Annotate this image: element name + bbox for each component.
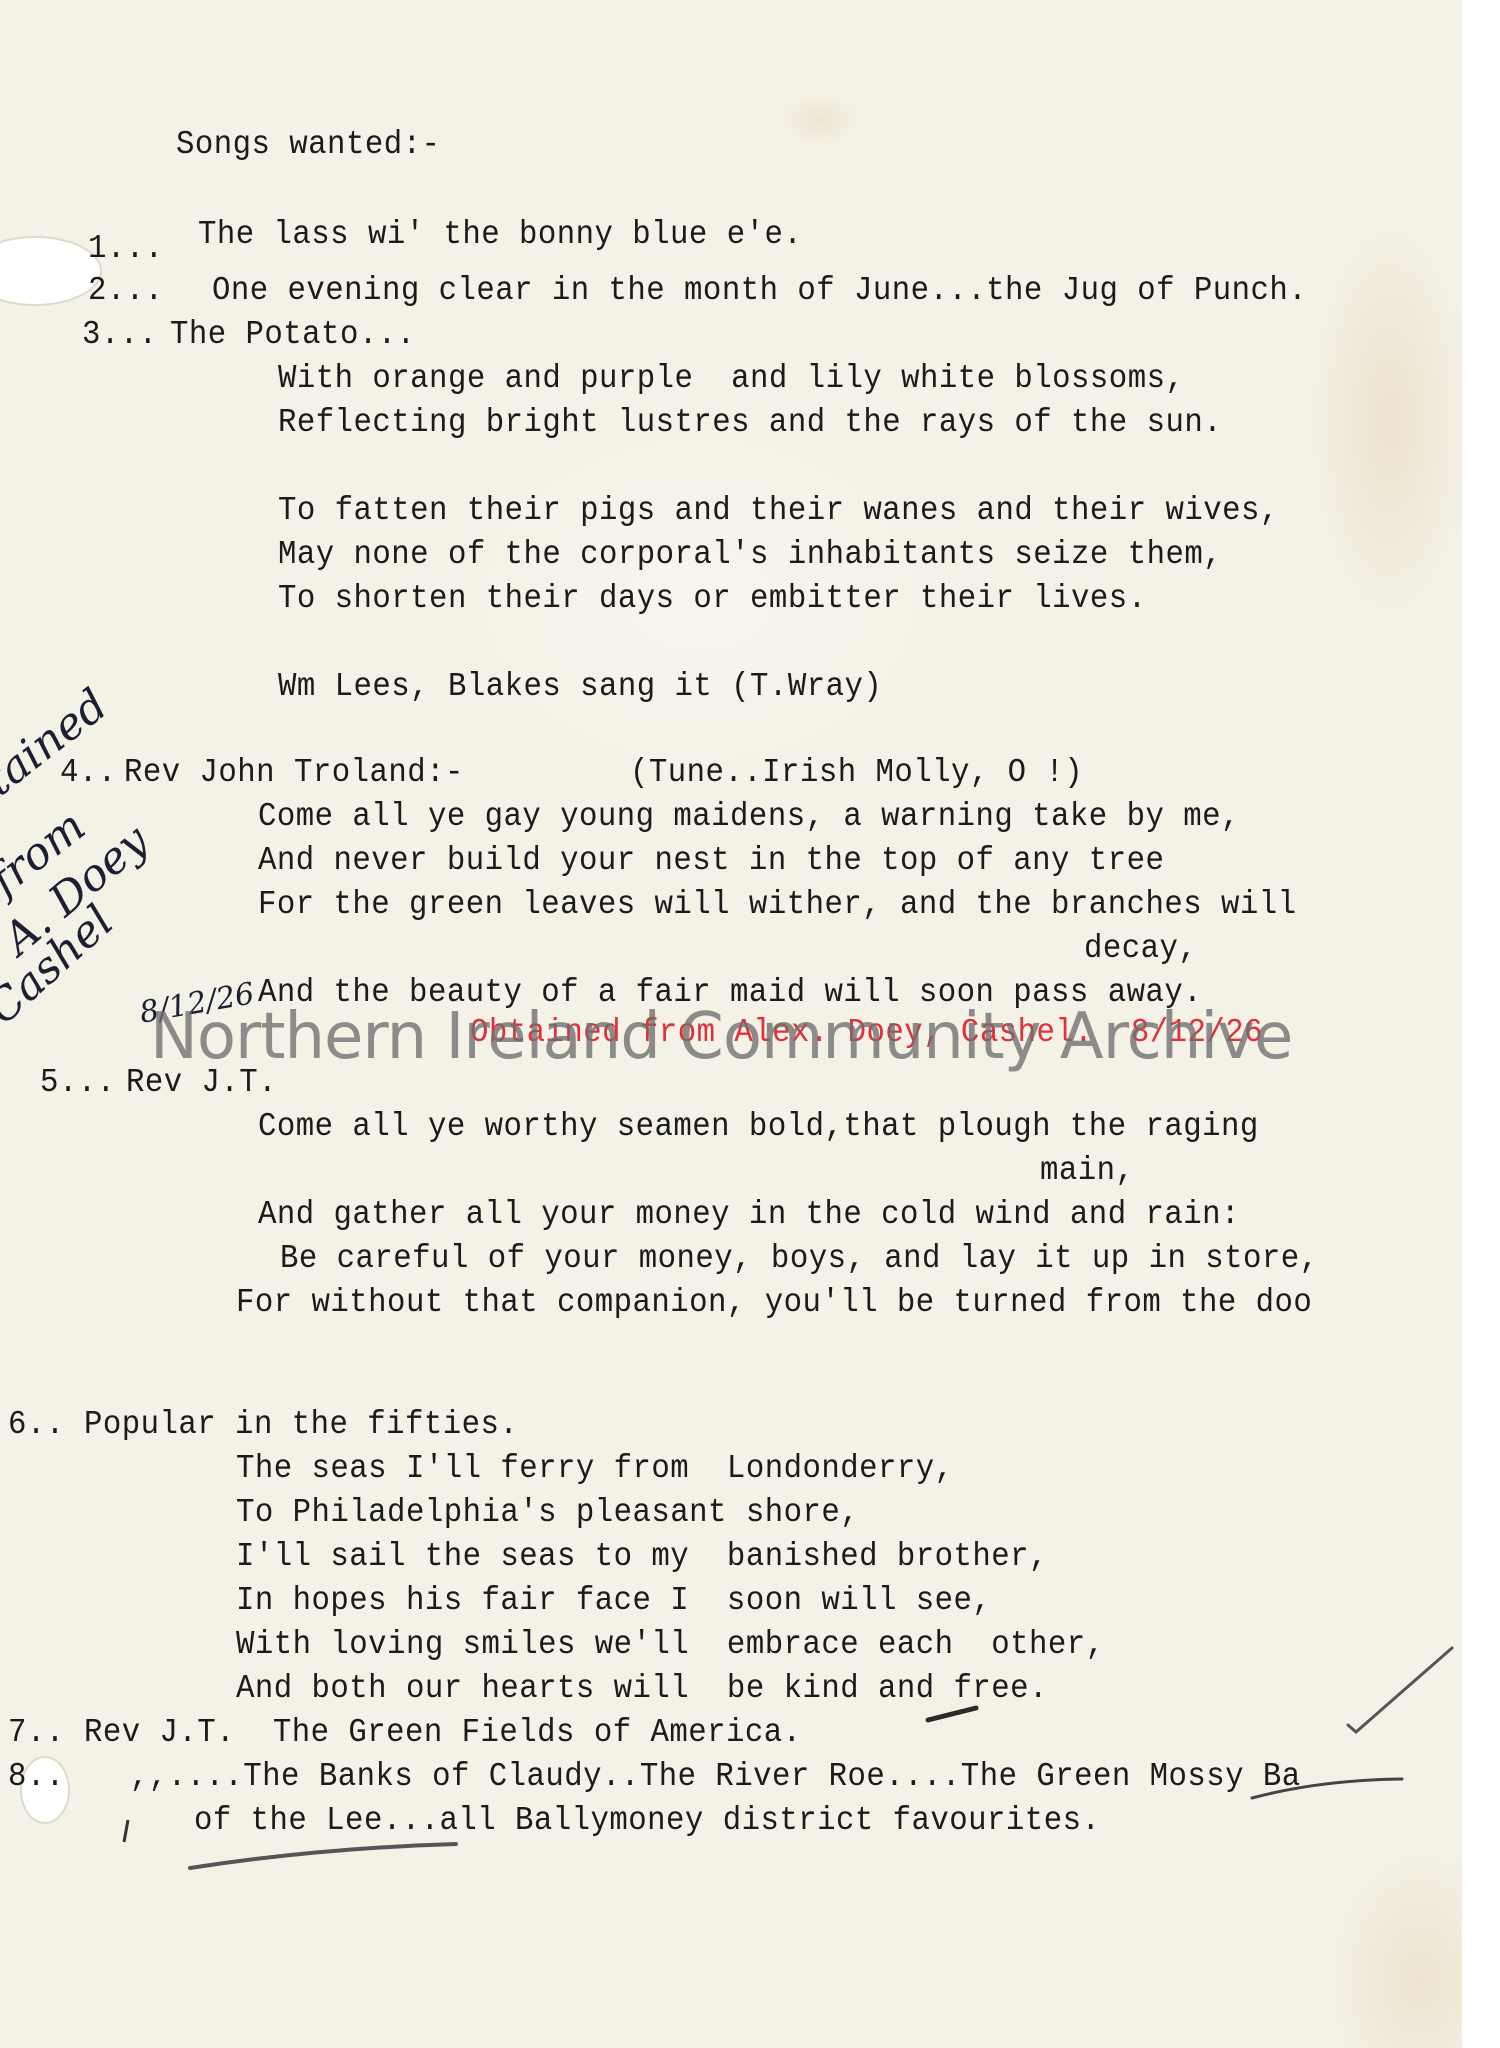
item-1-number: 1... — [88, 232, 164, 265]
item-5-lyric-line: And gather all your money in the cold wi… — [258, 1198, 1240, 1231]
item-5-number: 5... — [40, 1066, 116, 1099]
item-3-verse-line: With orange and purple and lily white bl… — [278, 362, 1184, 395]
item-6-lyric-line: With loving smiles we'll embrace each ot… — [236, 1628, 1105, 1661]
item-4-title: Rev John Troland:- — [124, 756, 464, 789]
item-7-number: 7.. — [8, 1716, 65, 1749]
item-6-title: Popular in the fifties. — [84, 1408, 518, 1441]
item-2-number: 2... — [88, 274, 164, 307]
item-1-text: The lass wi' the bonny blue e'e. — [198, 218, 802, 251]
item-4-lyric-line: And never build your nest in the top of … — [258, 844, 1164, 877]
item-4-lyric-line: decay, — [1084, 932, 1197, 965]
item-3-title: The Potato... — [170, 318, 415, 351]
item-5-lyric-line: Be careful of your money, boys, and lay … — [280, 1242, 1319, 1275]
item-6-lyric-line: To Philadelphia's pleasant shore, — [236, 1496, 859, 1529]
item-6-lyric-line: In hopes his fair face I soon will see, — [236, 1584, 991, 1617]
document-page: Songs wanted:- 1... The lass wi' the bon… — [0, 0, 1462, 2048]
heading: Songs wanted:- — [176, 128, 440, 161]
item-3-verse-line: To shorten their days or embitter their … — [278, 582, 1147, 615]
item-3-verse-line: May none of the corporal's inhabitants s… — [278, 538, 1222, 571]
item-4-number: 4.. — [60, 756, 117, 789]
item-2-text: One evening clear in the month of June..… — [212, 274, 1307, 307]
item-6-lyric-line: And both our hearts will be kind and fre… — [236, 1672, 1048, 1705]
item-4-lyric-line: Come all ye gay young maidens, a warning… — [258, 800, 1240, 833]
item-4-lyric-line: For the green leaves will wither, and th… — [258, 888, 1297, 921]
archive-watermark: Northern Ireland Community Archive — [150, 1000, 1292, 1074]
item-3-number: 3... — [82, 318, 158, 351]
item-3-verse-line: To fatten their pigs and their wanes and… — [278, 494, 1279, 527]
item-5-lyric-line: main, — [1040, 1154, 1134, 1187]
item-6-number: 6.. — [8, 1408, 65, 1441]
item-3-note: Wm Lees, Blakes sang it (T.Wray) — [278, 670, 882, 703]
item-4-tune: (Tune..Irish Molly, O !) — [630, 756, 1083, 789]
item-8-number: 8.. — [8, 1760, 65, 1793]
item-6-lyric-line: I'll sail the seas to my banished brothe… — [236, 1540, 1048, 1573]
item-5-lyric-line: Come all ye worthy seamen bold,that plou… — [258, 1110, 1259, 1143]
item-8-line-2: of the Lee...all Ballymoney district fav… — [194, 1804, 1100, 1837]
item-7-text: Rev J.T. The Green Fields of America. — [84, 1716, 802, 1749]
item-3-verse-line: Reflecting bright lustres and the rays o… — [278, 406, 1222, 439]
punch-hole-top — [0, 238, 100, 304]
item-5-lyric-line: For without that companion, you'll be tu… — [236, 1286, 1312, 1319]
item-8-line-1: ,,....The Banks of Claudy..The River Roe… — [130, 1760, 1301, 1793]
item-6-lyric-line: The seas I'll ferry from Londonderry, — [236, 1452, 954, 1485]
